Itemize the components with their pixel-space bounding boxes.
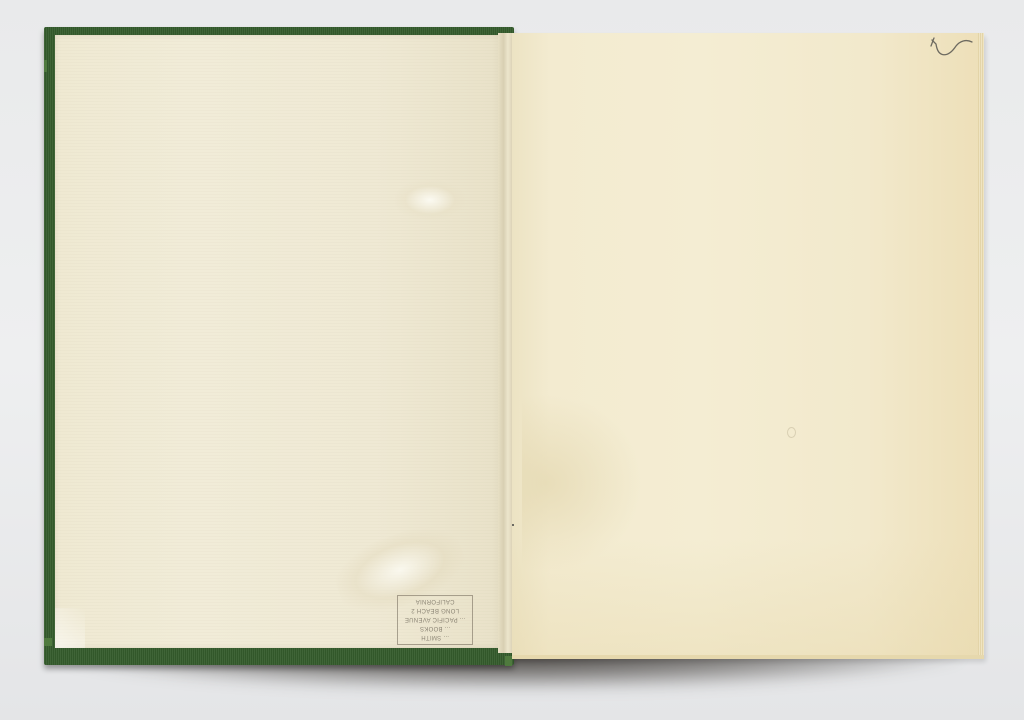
cover-fray-top xyxy=(44,60,47,72)
book-gutter xyxy=(498,33,512,653)
page-shade xyxy=(512,539,984,659)
paper-ripple xyxy=(395,180,465,220)
cover-fray-bottom xyxy=(44,638,52,646)
paper-corner xyxy=(55,608,85,648)
page-block-edge xyxy=(978,33,984,659)
stamp-line: ... SMITH xyxy=(398,632,472,641)
faint-circle-mark xyxy=(787,427,796,438)
stamp-line: LONG BEACH 2 xyxy=(398,605,472,614)
bookseller-stamp: ... SMITH ... BOOKS ... PACIFIC AVENUE L… xyxy=(397,595,473,645)
pencil-squiggle-icon xyxy=(930,36,980,66)
stamp-line: ... BOOKS xyxy=(398,623,472,632)
spine-dot xyxy=(512,524,514,526)
stamp-line: CALIFORNIA xyxy=(398,596,472,605)
right-endpaper xyxy=(512,33,984,659)
left-endpaper xyxy=(55,35,510,648)
page-block-bottom xyxy=(512,655,984,659)
stamp-line: ... PACIFIC AVENUE xyxy=(398,614,472,623)
photo-scene: ... SMITH ... BOOKS ... PACIFIC AVENUE L… xyxy=(0,0,1024,720)
cover-fray-spine xyxy=(505,656,512,666)
